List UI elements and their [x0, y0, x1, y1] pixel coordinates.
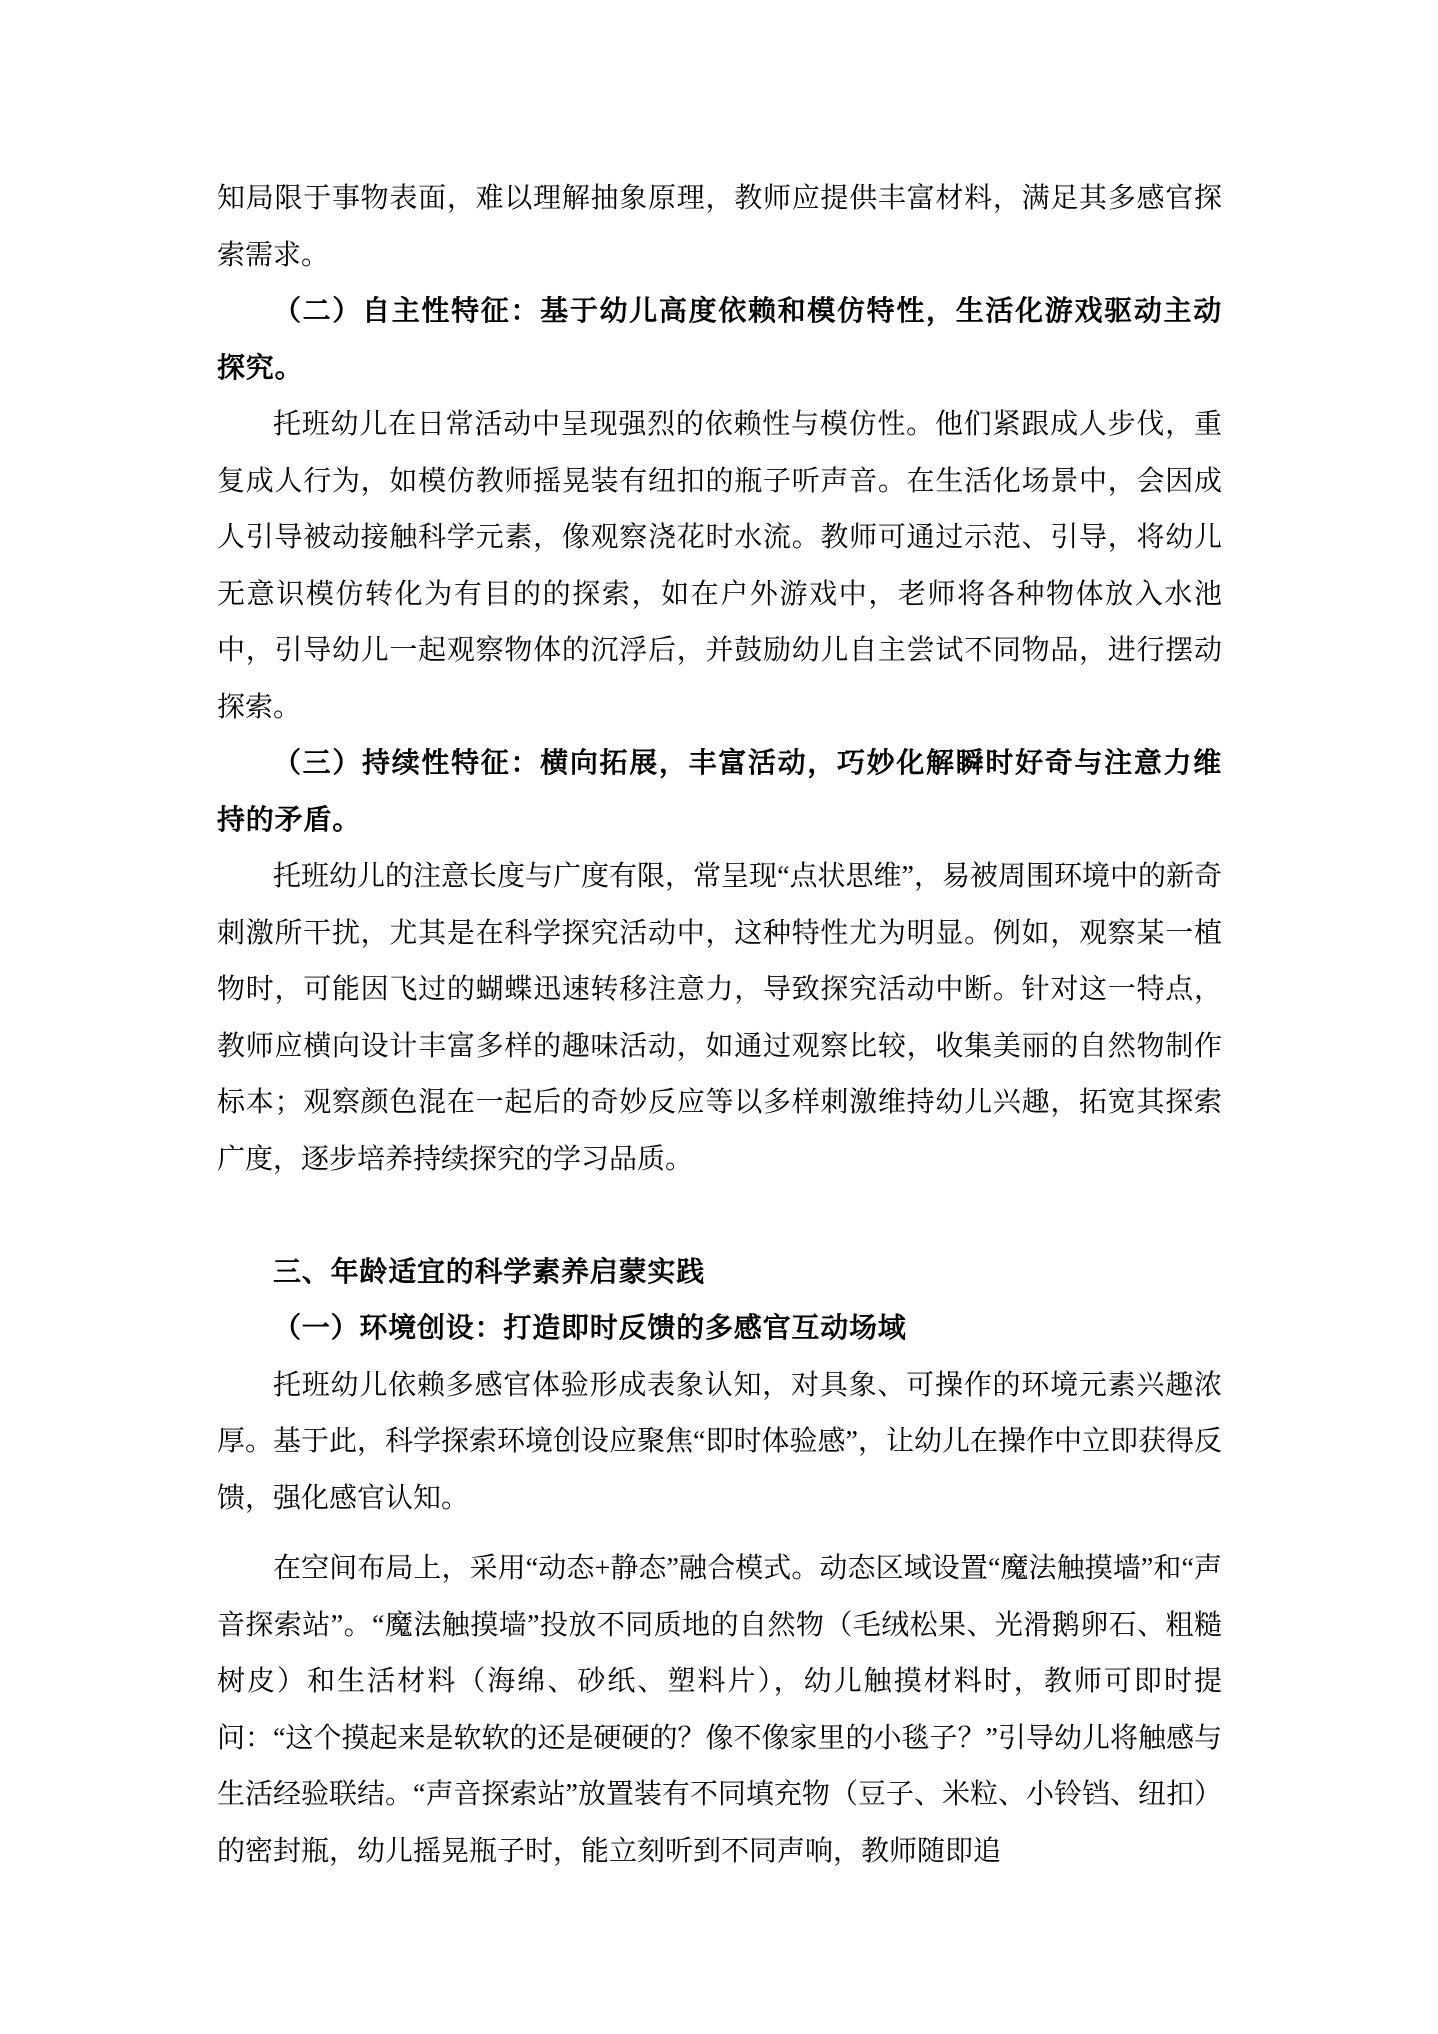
body-paragraph: 托班幼儿依赖多感官体验形成表象认知，对具象、可操作的环境元素兴趣浓厚。基于此，科…: [217, 1358, 1222, 1528]
body-paragraph: 托班幼儿的注意长度与广度有限，常呈现“点状思维”，易被周围环境中的新奇刺激所干扰…: [217, 849, 1222, 1188]
chapter-heading: 三、年龄适宜的科学素养启蒙实践: [217, 1245, 1222, 1302]
section-heading-3: （三）持续性特征：横向拓展，丰富活动，巧妙化解瞬时好奇与注意力维持的矛盾。: [217, 736, 1222, 849]
document-page: 知局限于事物表面，难以理解抽象原理，教师应提供丰富材料，满足其多感官探索需求。 …: [0, 0, 1438, 2034]
body-paragraph: 在空间布局上，采用“动态+静态”融合模式。动态区域设置“魔法触摸墙”和“声音探索…: [217, 1541, 1222, 1880]
section-heading-2: （二）自主性特征：基于幼儿高度依赖和模仿特性，生活化游戏驱动主动探究。: [217, 284, 1222, 397]
section-heading-1: （一）环境创设：打造即时反馈的多感官互动场域: [217, 1301, 1222, 1358]
blank-line: [217, 1188, 1222, 1245]
body-paragraph-continuation: 知局限于事物表面，难以理解抽象原理，教师应提供丰富材料，满足其多感官探索需求。: [217, 171, 1222, 284]
body-paragraph: 托班幼儿在日常活动中呈现强烈的依赖性与模仿性。他们紧跟成人步伐，重复成人行为，如…: [217, 397, 1222, 736]
